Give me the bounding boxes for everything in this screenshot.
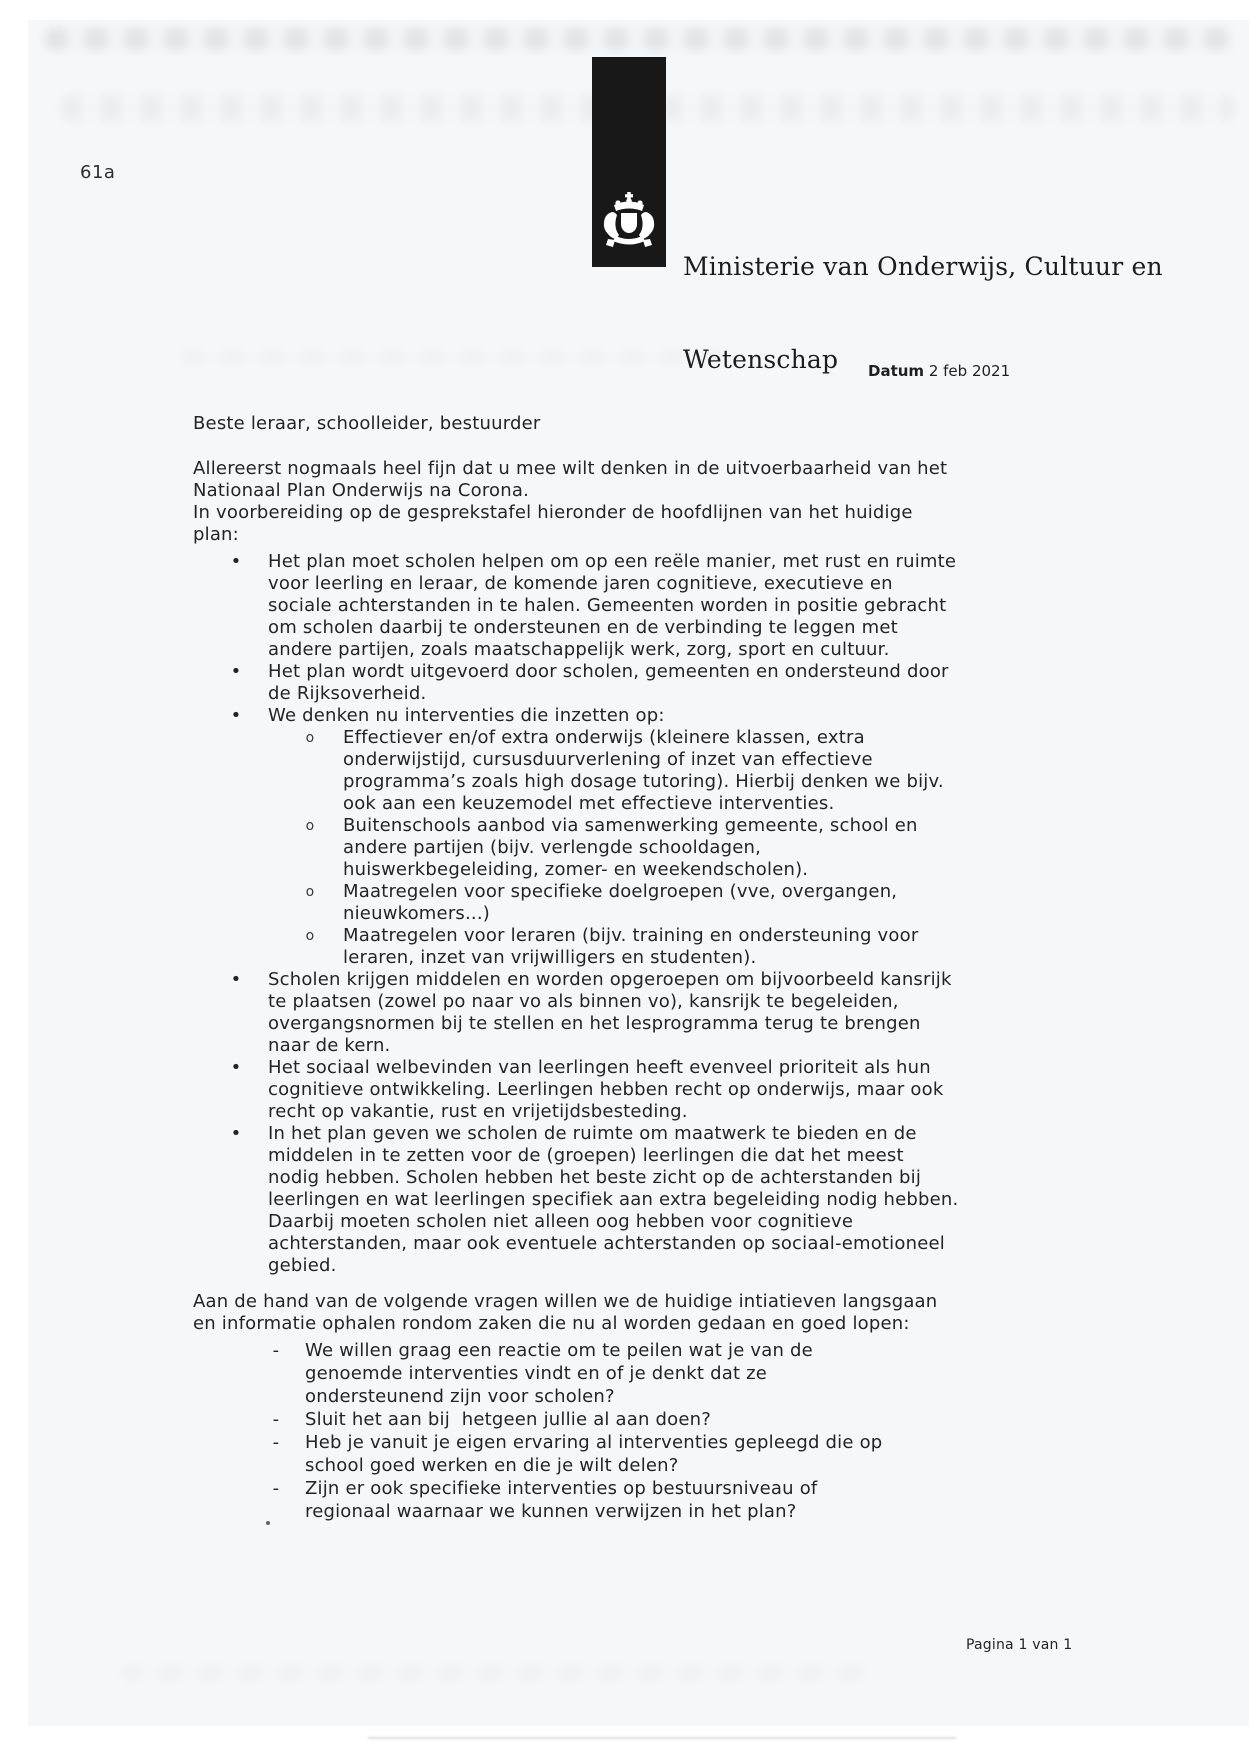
text-line: overgangsnormen bij te stellen en het le…: [268, 1013, 958, 1035]
date-value: 2 feb 2021: [929, 362, 1010, 380]
text-line: middelen in te zetten voor de (groepen) …: [268, 1145, 958, 1167]
list-item: oMaatregelen voor specifieke doelgroepen…: [193, 881, 958, 925]
text-line: Nationaal Plan Onderwijs na Corona.: [193, 480, 947, 502]
text-line: sociale achterstanden in te halen. Gemee…: [268, 595, 958, 617]
text-line: om scholen daarbij te ondersteunen en de…: [268, 617, 958, 639]
ministry-name-line: Ministerie van Onderwijs, Cultuur en: [683, 251, 1163, 282]
text-line: Aan de hand van de volgende vragen wille…: [193, 1291, 937, 1313]
ref-number: 61a: [80, 162, 115, 183]
text-line: We willen graag een reactie om te peilen…: [305, 1339, 882, 1362]
bullet-marker: o: [299, 925, 321, 947]
text-line: Allereerst nogmaals heel fijn dat u mee …: [193, 458, 947, 480]
text-line: nieuwkomers...): [343, 903, 958, 925]
bullet-marker: •: [225, 705, 247, 727]
questions-list: -We willen graag een reactie om te peile…: [193, 1339, 882, 1523]
text-line: huiswerkbegeleiding, zomer- en weekendsc…: [343, 859, 958, 881]
text-line: Daarbij moeten scholen niet alleen oog h…: [268, 1211, 958, 1233]
text-line: cognitieve ontwikkeling. Leerlingen hebb…: [268, 1079, 958, 1101]
text-line: In het plan geven we scholen de ruimte o…: [268, 1123, 958, 1145]
scan-artifact-line: [368, 1737, 956, 1739]
list-item: •We denken nu interventies die inzetten …: [193, 705, 958, 727]
text-line: Heb je vanuit je eigen ervaring al inter…: [305, 1431, 882, 1454]
text-line: Het plan wordt uitgevoerd door scholen, …: [268, 661, 958, 683]
list-item: -Heb je vanuit je eigen ervaring al inte…: [193, 1431, 882, 1477]
text-line: te plaatsen (zowel po naar vo als binnen…: [268, 991, 958, 1013]
text-line: programma’s zoals high dosage tutoring).…: [343, 771, 958, 793]
bullet-marker: •: [225, 969, 247, 991]
text-line: leerlingen en wat leerlingen specifiek a…: [268, 1189, 958, 1211]
list-item: oBuitenschools aanbod via samenwerking g…: [193, 815, 958, 881]
bullet-marker: o: [299, 881, 321, 903]
text-line: achterstanden, maar ook eventuele achter…: [268, 1233, 958, 1255]
bullet-marker: •: [225, 1123, 247, 1145]
text-line: genoemde interventies vindt en of je den…: [305, 1362, 882, 1385]
list-item: •In het plan geven we scholen de ruimte …: [193, 1123, 958, 1277]
text-line: Maatregelen voor leraren (bijv. training…: [343, 925, 958, 947]
questions-intro-paragraph: Aan de hand van de volgende vragen wille…: [193, 1291, 937, 1335]
text-line: Zijn er ook specifieke interventies op b…: [305, 1477, 882, 1500]
dutch-coat-of-arms-icon: [600, 192, 658, 254]
text-line: In voorbereiding op de gesprekstafel hie…: [193, 502, 947, 524]
text-line: school goed werken en die je wilt delen?: [305, 1454, 882, 1477]
logo-bar: [592, 57, 666, 267]
text-line: Scholen krijgen middelen en worden opger…: [268, 969, 958, 991]
page-number: Pagina 1 van 1: [966, 1637, 1072, 1653]
bullet-marker: •: [225, 551, 247, 573]
text-line: ondersteunend zijn voor scholen?: [305, 1385, 882, 1408]
text-line: gebied.: [268, 1255, 958, 1277]
salutation: Beste leraar, schoolleider, bestuurder: [193, 413, 541, 435]
text-line: ook aan een keuzemodel met effectieve in…: [343, 793, 958, 815]
list-item: •Scholen krijgen middelen en worden opge…: [193, 969, 958, 1057]
list-item: •Het plan moet scholen helpen om op een …: [193, 551, 958, 661]
text-line: voor leerling en leraar, de komende jare…: [268, 573, 958, 595]
date-row: Datum 2 feb 2021: [868, 362, 1010, 380]
bullet-marker: o: [299, 727, 321, 749]
bullet-marker: •: [225, 1057, 247, 1079]
list-item: oMaatregelen voor leraren (bijv. trainin…: [193, 925, 958, 969]
text-line: nodig hebben. Scholen hebben het beste z…: [268, 1167, 958, 1189]
bullet-marker: -: [265, 1431, 287, 1454]
text-line: Sluit het aan bij hetgeen jullie al aan …: [305, 1408, 882, 1431]
text-line: Maatregelen voor specifieke doelgroepen …: [343, 881, 958, 903]
scan-artifact: [120, 1665, 880, 1681]
list-item: •Het plan wordt uitgevoerd door scholen,…: [193, 661, 958, 705]
intro-paragraph: Allereerst nogmaals heel fijn dat u mee …: [193, 458, 947, 546]
text-line: de Rijksoverheid.: [268, 683, 958, 705]
scanned-letter-page: { "page": { "ref_label": "61a", "logo": …: [0, 0, 1249, 1752]
bullet-marker: -: [265, 1339, 287, 1362]
text-line: Buitenschools aanbod via samenwerking ge…: [343, 815, 958, 837]
text-line: regionaal waarnaar we kunnen verwijzen i…: [305, 1500, 882, 1523]
date-label: Datum: [868, 362, 924, 380]
plan-bullet-list: •Het plan moet scholen helpen om op een …: [193, 551, 958, 1277]
text-line: recht op vakantie, rust en vrijetijdsbes…: [268, 1101, 958, 1123]
text-line: andere partijen, zoals maatschappelijk w…: [268, 639, 958, 661]
text-line: leraren, inzet van vrijwilligers en stud…: [343, 947, 958, 969]
text-line: We denken nu interventies die inzetten o…: [268, 705, 958, 727]
scan-artifact: [45, 28, 1235, 50]
text-line: onderwijstijd, cursusduurverlening of in…: [343, 749, 958, 771]
text-line: Het sociaal welbevinden van leerlingen h…: [268, 1057, 958, 1079]
bullet-marker: •: [225, 661, 247, 683]
scan-artifact: [180, 350, 740, 364]
bullet-marker: o: [299, 815, 321, 837]
list-item: -Sluit het aan bij hetgeen jullie al aan…: [193, 1408, 882, 1431]
bullet-marker: -: [265, 1477, 287, 1500]
text-line: en informatie ophalen rondom zaken die n…: [193, 1313, 937, 1335]
text-line: naar de kern.: [268, 1035, 958, 1057]
text-line: plan:: [193, 524, 947, 546]
list-item: -Zijn er ook specifieke interventies op …: [193, 1477, 882, 1523]
text-line: andere partijen (bijv. verlengde schoold…: [343, 837, 958, 859]
text-line: Het plan moet scholen helpen om op een r…: [268, 551, 958, 573]
list-item: -We willen graag een reactie om te peile…: [193, 1339, 882, 1408]
list-item: oEffectiever en/of extra onderwijs (klei…: [193, 727, 958, 815]
text-line: Effectiever en/of extra onderwijs (klein…: [343, 727, 958, 749]
bullet-marker: -: [265, 1408, 287, 1431]
list-item: •Het sociaal welbevinden van leerlingen …: [193, 1057, 958, 1123]
